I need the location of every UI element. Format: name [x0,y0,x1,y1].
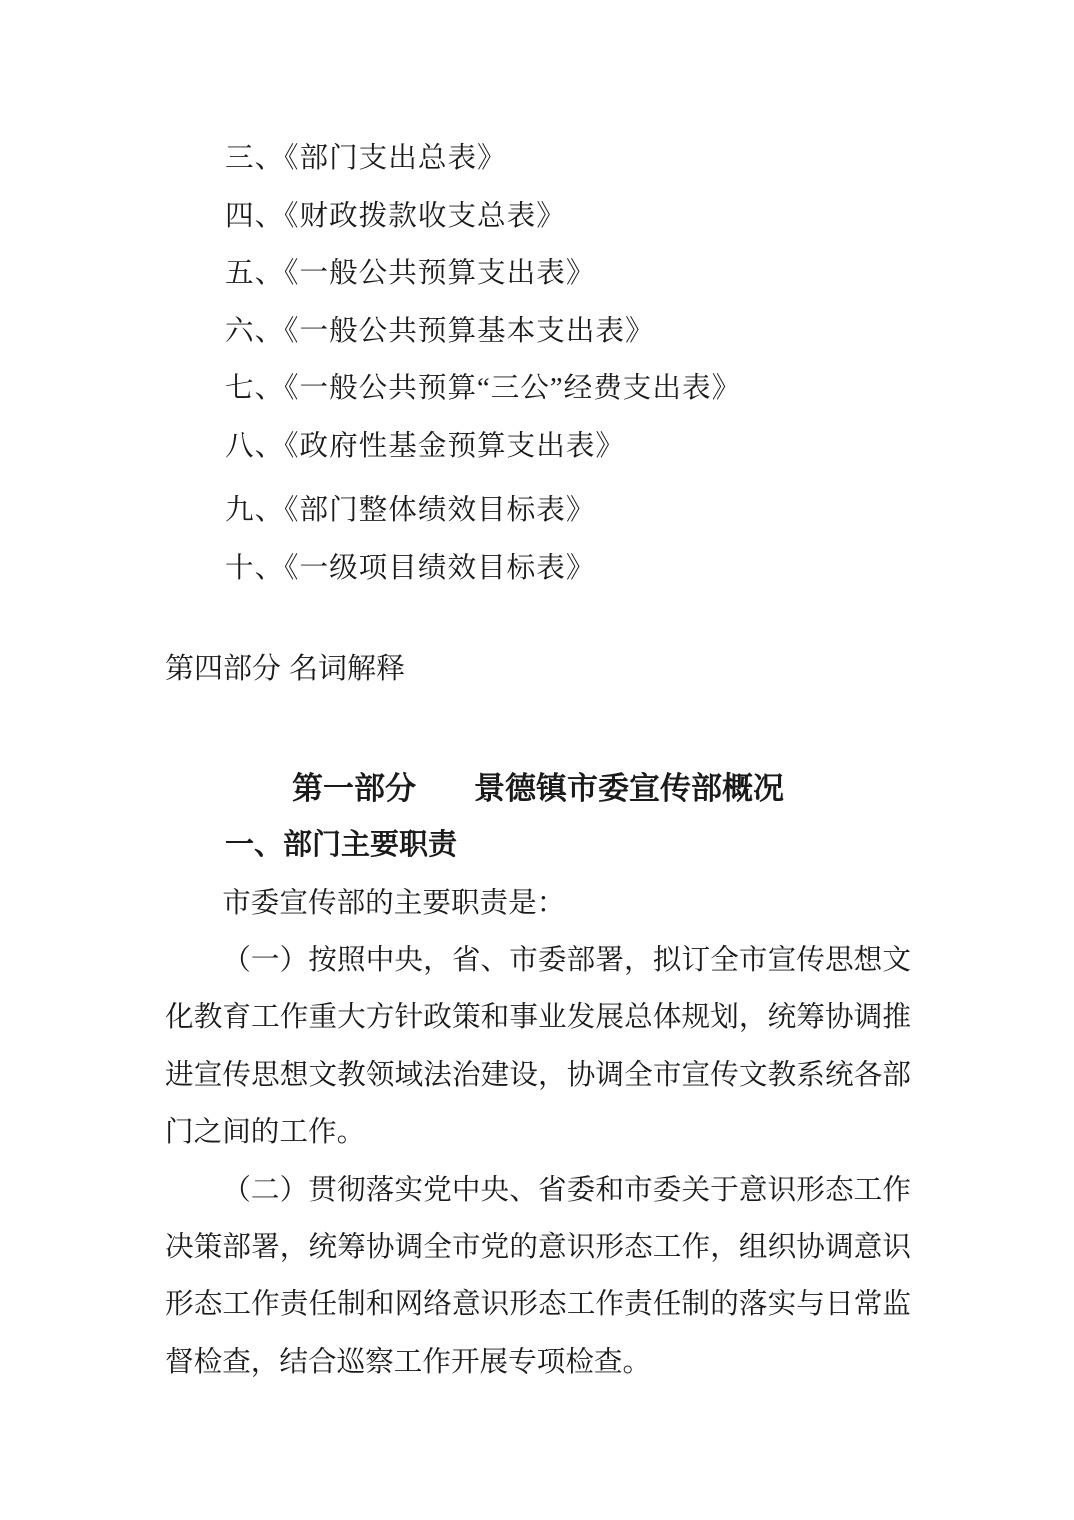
paragraph-duty-2: （二）贯彻落实党中央、省委和市委关于意识形态工作决策部署，统筹协调全市党的意识形… [165,1162,911,1392]
toc-item-9: 九、《部门整体绩效目标表》 [165,482,911,540]
part1-heading-label: 第一部分 [292,771,416,806]
part4-heading: 第四部分 名词解释 [165,641,911,699]
part1-heading: 第一部分景德镇市委宣传部概况 [165,760,911,818]
toc-item-10: 十、《一级项目绩效目标表》 [165,540,911,598]
toc-item-7: 七、《一般公共预算“三公”经费支出表》 [165,360,911,418]
paragraph-duty-1: （一）按照中央，省、市委部署，拟订全市宣传思想文化教育工作重大方针政策和事业发展… [165,932,911,1162]
toc-item-3: 三、《部门支出总表》 [165,130,911,188]
section1-heading: 一、部门主要职责 [165,817,911,875]
document-page: 三、《部门支出总表》 四、《财政拨款收支总表》 五、《一般公共预算支出表》 六、… [0,0,1074,1520]
toc-item-8: 八、《政府性基金预算支出表》 [165,418,911,476]
toc-item-6: 六、《一般公共预算基本支出表》 [165,303,911,361]
intro-line: 市委宣传部的主要职责是： [165,875,911,932]
toc-item-5: 五、《一般公共预算支出表》 [165,245,911,303]
part1-heading-title: 景德镇市委宣传部概况 [474,771,784,806]
document-content: 三、《部门支出总表》 四、《财政拨款收支总表》 五、《一般公共预算支出表》 六、… [165,0,911,1391]
toc-item-4: 四、《财政拨款收支总表》 [165,188,911,246]
body-text: 市委宣传部的主要职责是： （一）按照中央，省、市委部署，拟订全市宣传思想文化教育… [165,875,911,1392]
table-of-contents: 三、《部门支出总表》 四、《财政拨款收支总表》 五、《一般公共预算支出表》 六、… [165,130,911,597]
